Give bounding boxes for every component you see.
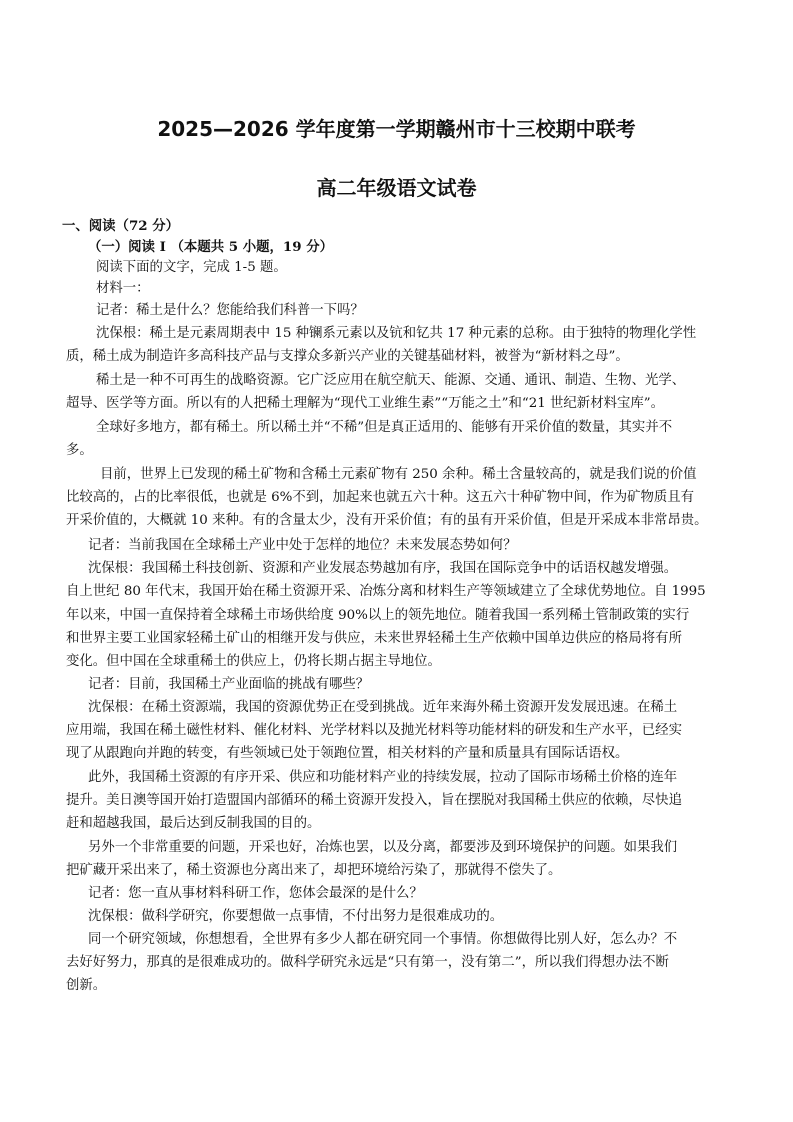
paragraph-line: 变化。但中国在全球重稀土的供应上，仍将长期占据主导地位。 [66,652,441,672]
paragraph-line: 比较高的，占的比率很低，也就是 6%不到，加起来也就五六十种。这五六十种矿物中间… [66,488,694,508]
paragraph-line: 沈保根：稀土是元素周期表中 15 种镧系元素以及钪和钇共 17 种元素的总称。由… [96,324,696,344]
paragraph-line: 同一个研究领域，你想想看，全世界有多少人都在研究同一个事情。你想做得比别人好，怎… [88,930,677,950]
paragraph-line: 现了从跟跑向并跑的转变，有些领域已处于领跑位置，相关材料的产量和质量具有国际话语… [66,744,628,764]
paragraph-line: 多。 [66,441,93,461]
paragraph-line: 目前，世界上已发现的稀土矿物和含稀土元素矿物有 250 余种。稀土含量较高的，就… [100,465,696,485]
paragraph-line: 开采价值的，大概就 10 来种。有的含量太少，没有开采价值；有的虽有开采价值，但… [66,511,708,531]
paragraph-line: 此外，我国稀土资源的有序开采、供应和功能材料产业的持续发展，拉动了国际市场稀土价… [88,768,677,788]
exam-page: 2025—2026 学年度第一学期赣州市十三校期中联考 高二年级语文试卷 一、阅… [0,0,793,1122]
paragraph-line: 超导、医学等方面。所以有的人把稀土理解为“现代工业维生素”“万能之土”和“21 … [66,394,664,414]
paragraph-line: 另外一个非常重要的问题，开采也好，冶炼也罢，以及分离，都要涉及到环境保护的问题。… [88,838,677,858]
paragraph-line: 去好好努力，那真的是很难成功的。做科学研究永远是“只有第一，没有第二”，所以我们… [66,953,669,973]
paragraph-line: 应用端，我国在稀土磁性材料、催化材料、光学材料以及抛光材料等功能材料的研发和生产… [66,721,682,741]
paragraph-line: 记者：稀土是什么？您能给我们科普一下吗？ [96,301,364,321]
paragraph-line: 创新。 [66,976,106,996]
material-1-label: 材料一： [96,279,150,299]
paragraph-line: 全球好多地方，都有稀土。所以稀土并“不稀”但是真正适用的、能够有开采价值的数量，… [96,418,672,438]
exam-subtitle: 高二年级语文试卷 [0,172,793,201]
exam-title: 2025—2026 学年度第一学期赣州市十三校期中联考 [0,113,793,142]
paragraph-line: 和世界主要工业国家轻稀土矿山的相继开发与供应，未来世界轻稀土生产依赖中国单边供应… [66,629,682,649]
paragraph-line: 把矿藏开采出来了，稀土资源也分离出来了，却把环境给污染了，那就得不偿失了。 [66,861,561,881]
paragraph-line: 稀土是一种不可再生的战略资源。它广泛应用在航空航天、能源、交通、通讯、制造、生物… [96,371,685,391]
paragraph-line: 质，稀土成为制造许多高科技产品与支撑众多新兴产业的关键基础材料，被誉为“新材料之… [66,347,629,367]
paragraph-line: 年以来，中国一直保持着全球稀土市场供给度 90%以上的领先地位。随着我国一系列稀… [66,606,689,626]
paragraph-line: 提升。美日澳等国开始打造盟国内部循环的稀土资源开发投入，旨在摆脱对我国稀土供应的… [66,791,682,811]
subsection-heading: （一）阅读 I （本题共 5 小题，19 分） [88,237,333,257]
paragraph-line: 沈保根：在稀土资源端，我国的资源优势正在受到挑战。近年来海外稀土资源开发发展迅速… [88,698,677,718]
instruction: 阅读下面的文字，完成 1-5 题。 [96,258,287,278]
paragraph-line: 记者：当前我国在全球稀土产业中处于怎样的地位？未来发展态势如何？ [88,536,517,556]
paragraph-line: 沈保根：我国稀土科技创新、资源和产业发展态势越加有序，我国在国际竞争中的话语权越… [88,559,677,579]
paragraph-line: 自上世纪 80 年代末，我国开始在稀土资源开采、冶炼分离和材料生产等领域建立了全… [66,582,706,602]
paragraph-line: 沈保根：做科学研究，你要想做一点事情，不付出努力是很难成功的。 [88,907,503,927]
paragraph-line: 赶和超越我国，最后达到反制我国的目的。 [66,814,320,834]
section-heading: 一、阅读（72 分） [62,216,179,236]
paragraph-line: 记者：您一直从事材料科研工作，您体会最深的是什么？ [88,884,423,904]
paragraph-line: 记者：目前，我国稀土产业面临的挑战有哪些？ [88,675,369,695]
